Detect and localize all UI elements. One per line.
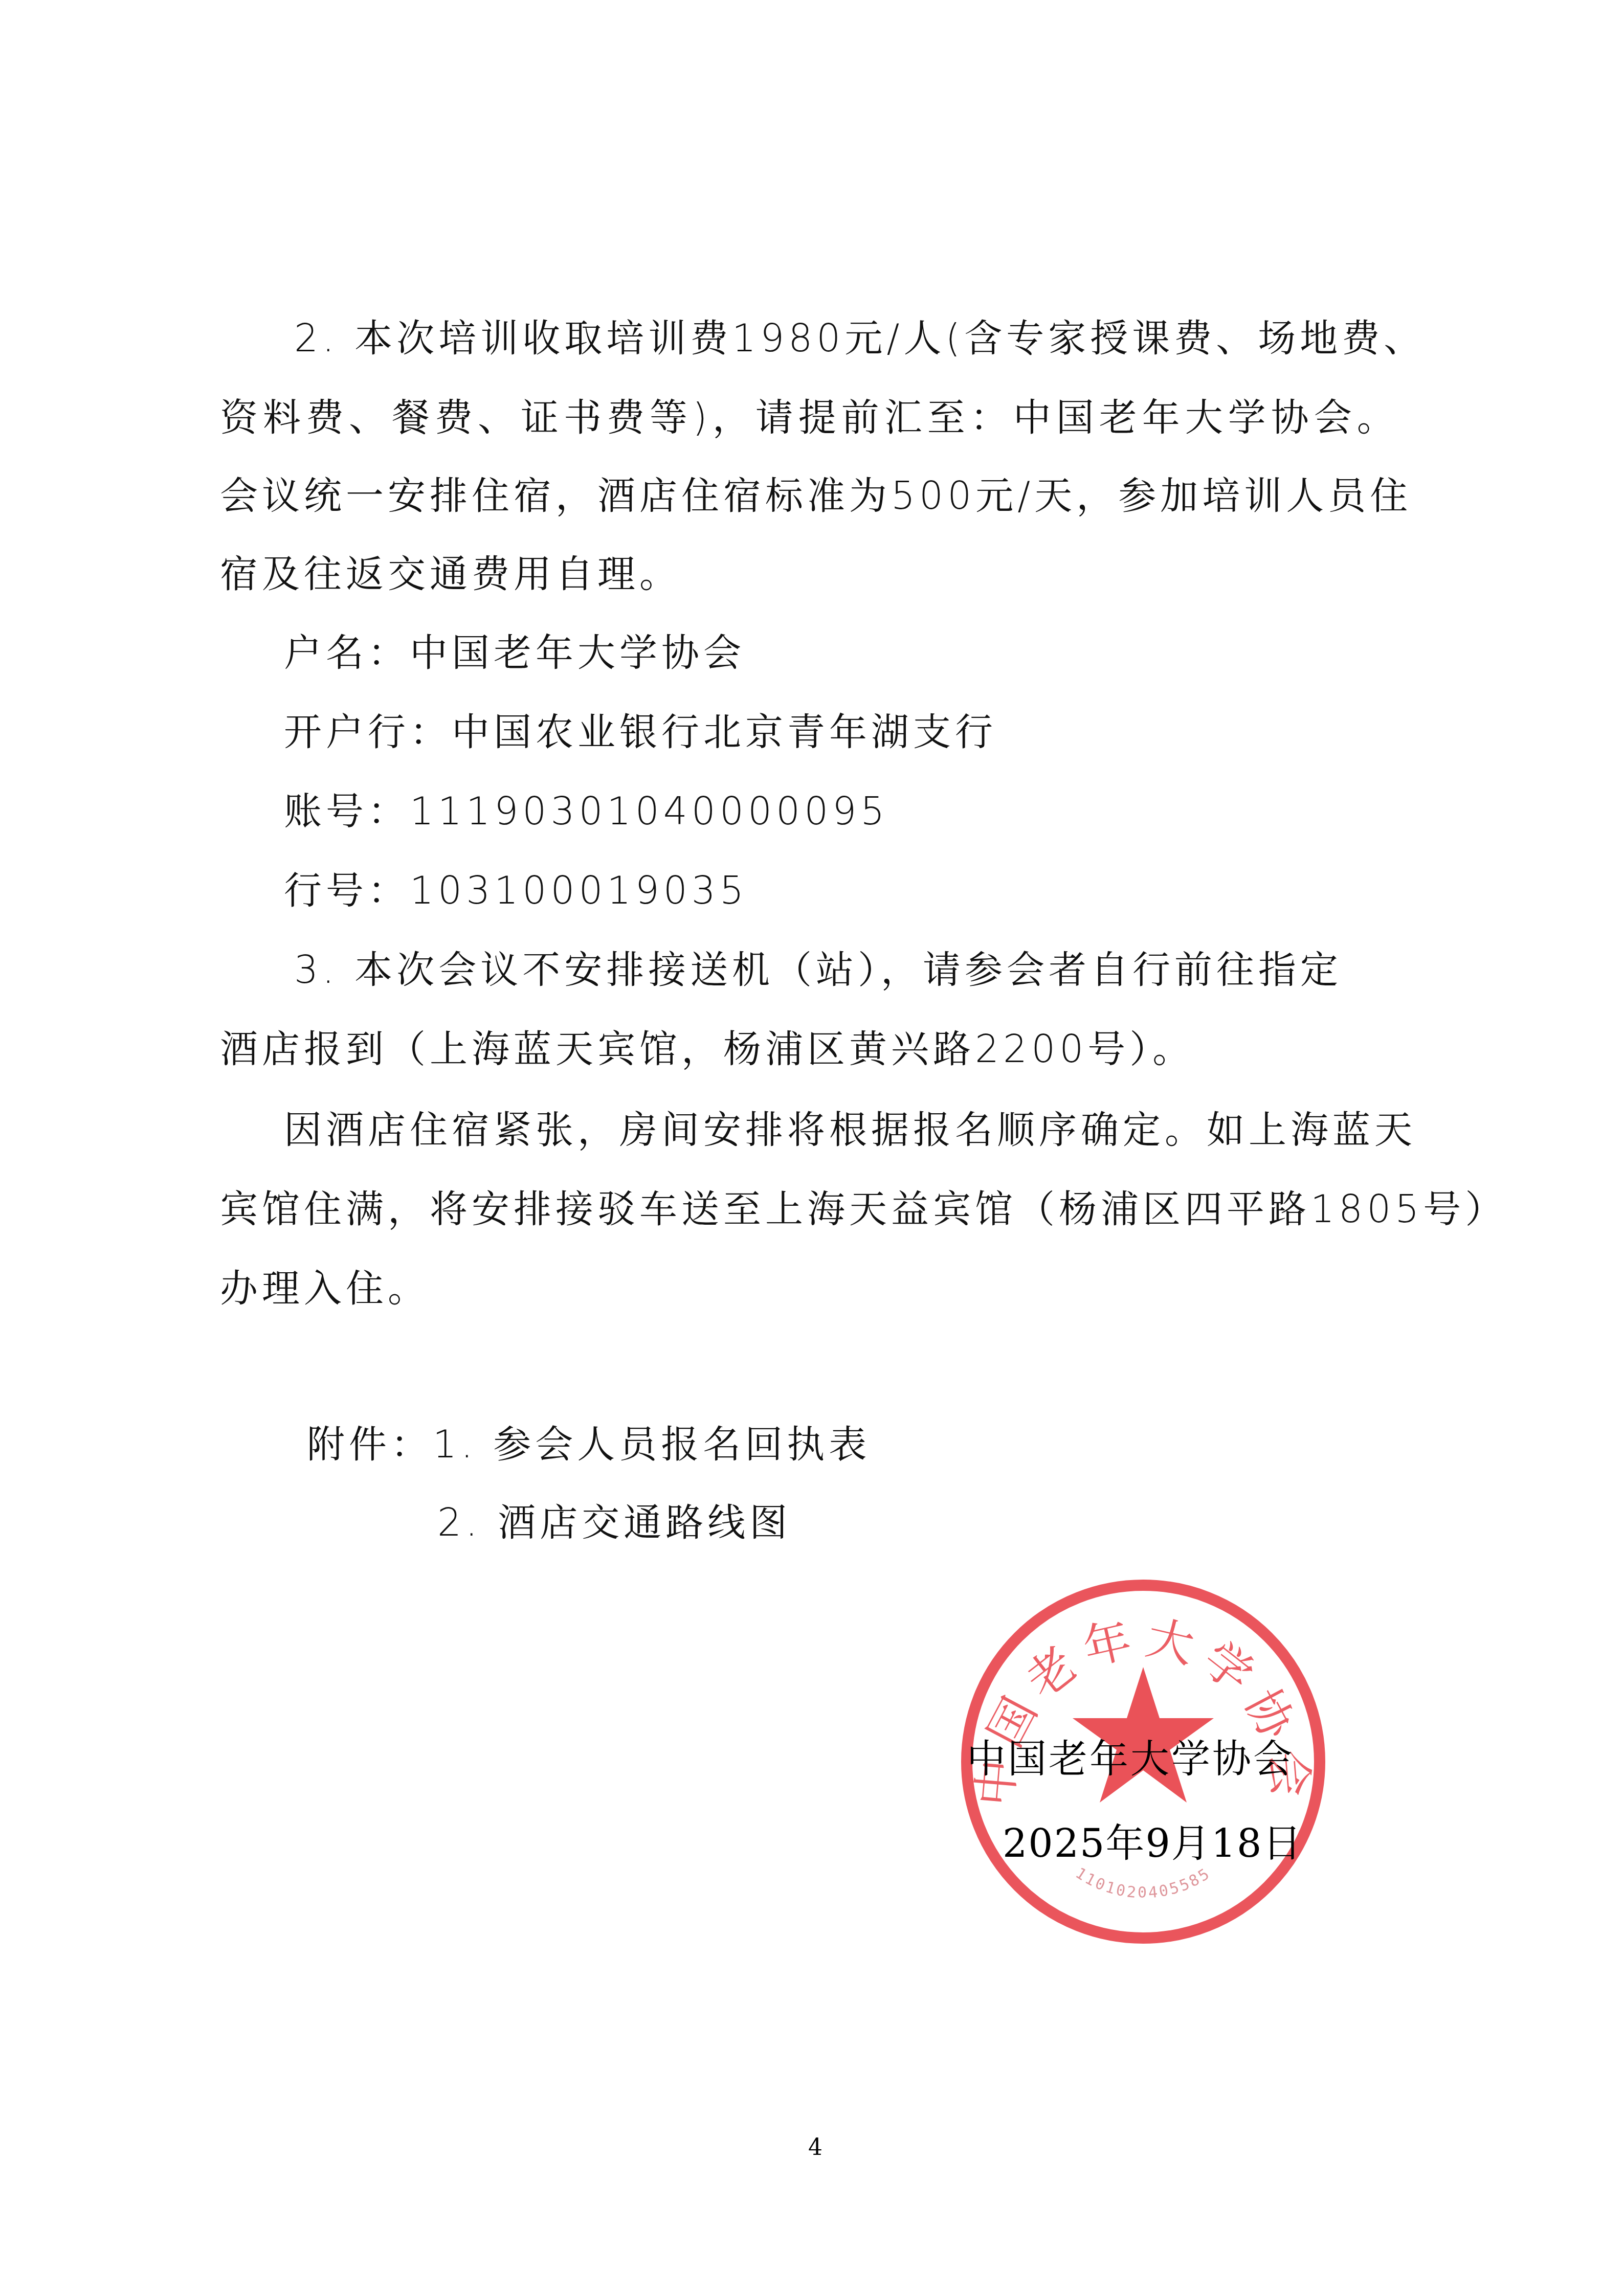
hotel-line-1: 因酒店住宿紧张，房间安排将根据报名顺序确定。如上海蓝天 [284,1105,1511,1156]
account-number: 账号：11190301040000095 [284,786,1511,837]
transport-line-2: 酒店报到（上海蓝天宾馆，杨浦区黄兴路2200号）。 [220,1024,1448,1075]
fee-line-4: 宿及往返交通费用自理。 [220,549,1448,600]
signature-organization: 中国老年大学协会 [967,1734,1294,1785]
transport-line-1: 3. 本次会议不安排接送机（站），请参会者自行前往指定 [294,944,1522,996]
attachments-label: 附件： [307,1423,433,1467]
page-number: 4 [808,2132,822,2163]
bank-branch: 开户行：中国农业银行北京青年湖支行 [284,707,1511,758]
attachment-item-2: 2. 酒店交通路线图 [437,1497,1624,1548]
account-name: 户名：中国老年大学协会 [284,627,1511,679]
attachments: 附件：1. 参会人员报名回执表 [307,1419,1534,1470]
fee-line-2: 资料费、餐费、证书费等)，请提前汇至：中国老年大学协会。 [220,392,1448,443]
fee-line-1: 2. 本次培训收取培训费1980元/人(含专家授课费、场地费、 [294,313,1522,364]
attachment-item-1: 1. 参会人员报名回执表 [433,1423,871,1467]
bank-code: 行号：103100019035 [284,865,1511,916]
fee-line-3: 会议统一安排住宿，酒店住宿标准为500元/天，参加培训人员住 [220,470,1448,522]
signature-date: 2025年9月18日 [1003,1818,1302,1869]
document-page: 2. 本次培训收取培训费1980元/人(含专家授课费、场地费、 资料费、餐费、证… [0,0,1624,2296]
hotel-line-2: 宾馆住满，将安排接驳车送至上海天益宾馆（杨浦区四平路1805号） [220,1184,1448,1235]
svg-text:1101020405585: 1101020405585 [1072,1864,1214,1902]
hotel-line-3: 办理入住。 [220,1263,1448,1314]
